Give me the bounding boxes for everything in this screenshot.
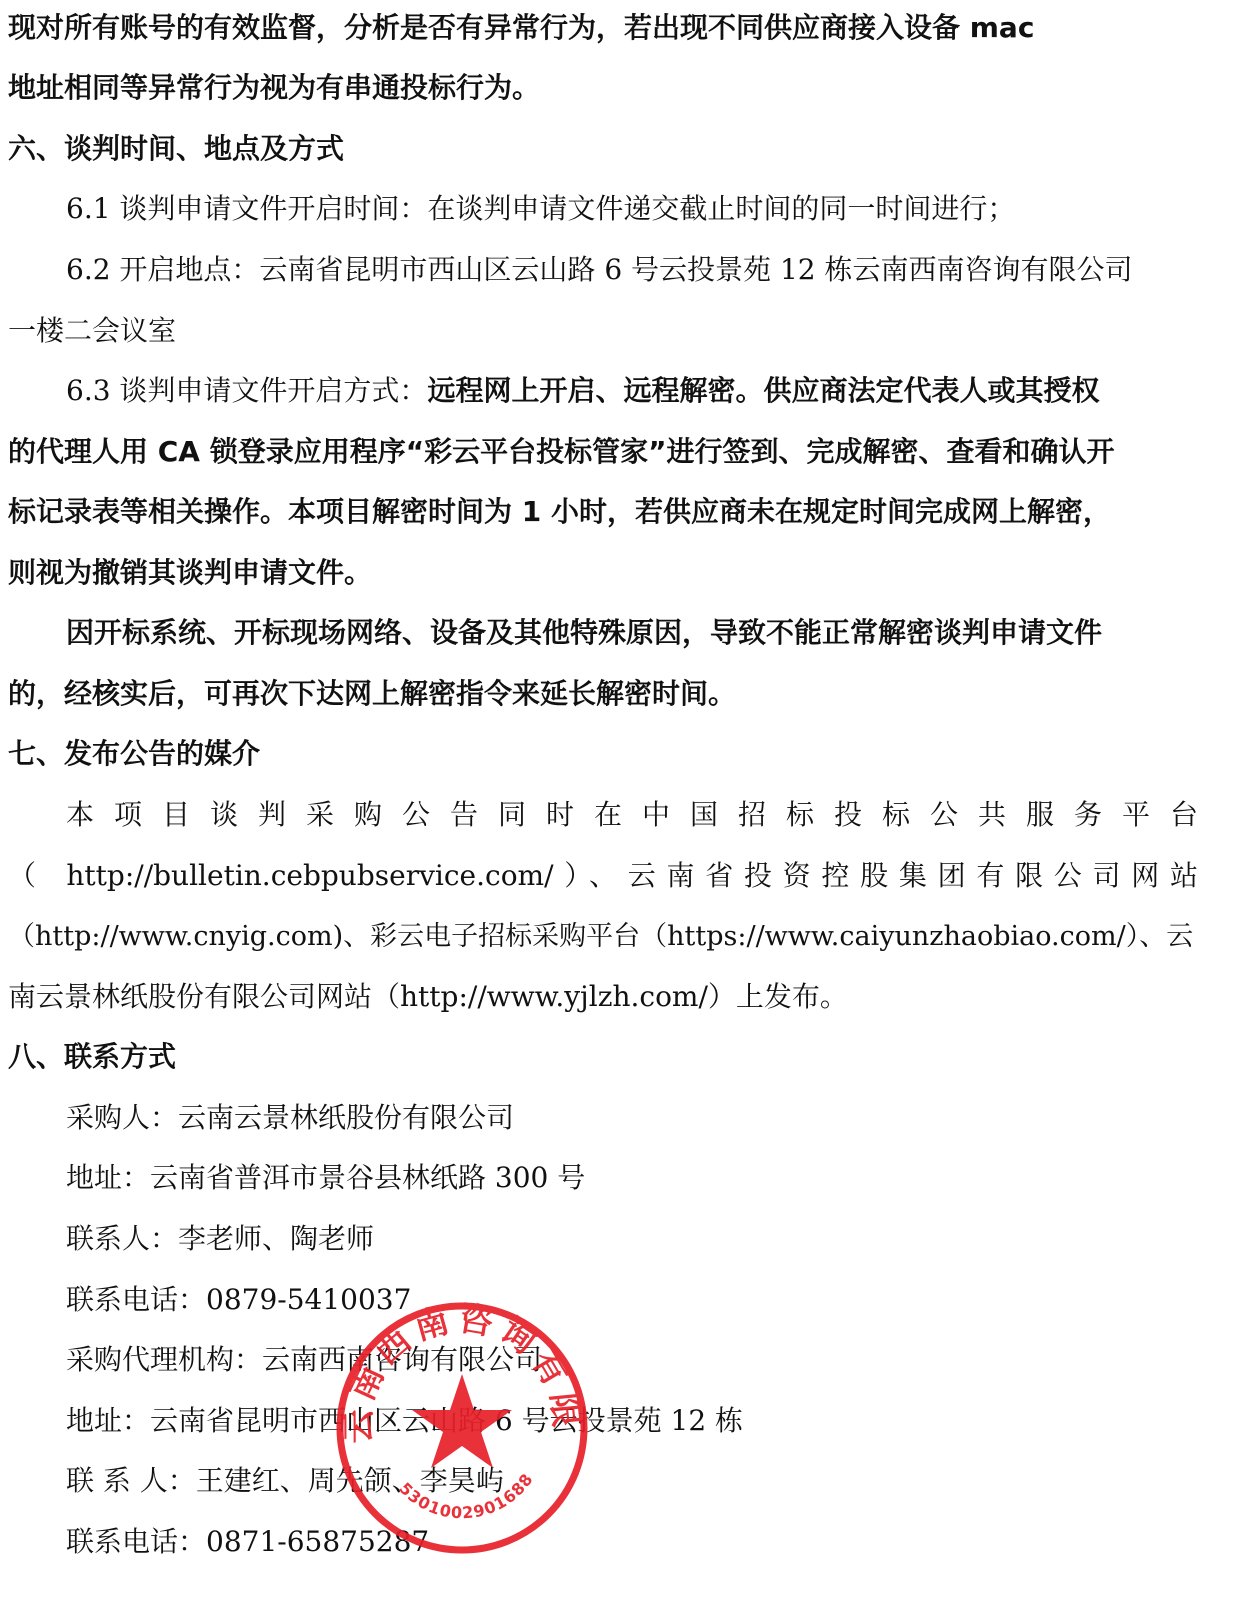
- paragraph-line: 的代理人用 CA 锁登录应用程序“彩云平台投标管家”进行签到、完成解密、查看和确…: [8, 432, 1198, 472]
- item-6-3: 6.3 谈判申请文件开启方式：远程网上开启、远程解密。供应商法定代表人或其授权: [66, 371, 1198, 411]
- paragraph-line: （ http://bulletin.cebpubservice.com/）、云南…: [8, 856, 1198, 896]
- item-6-3-text: 远程网上开启、远程解密。供应商法定代表人或其授权: [427, 374, 1099, 407]
- item-6-1: 6.1 谈判申请文件开启时间：在谈判申请文件递交截止时间的同一时间进行；: [66, 189, 1198, 229]
- purchaser-phone: 联系电话：0879-5410037: [66, 1280, 1198, 1320]
- agency-contact: 联 系 人：王建红、周先颌、李昊屿: [66, 1461, 1198, 1501]
- paragraph-line: 一楼二会议室: [8, 311, 1198, 351]
- paragraph-line: 的，经核实后，可再次下达网上解密指令来延长解密时间。: [8, 674, 1198, 714]
- section-heading-6: 六、谈判时间、地点及方式: [8, 129, 1198, 169]
- section-heading-8: 八、联系方式: [8, 1037, 1198, 1077]
- paragraph-line: 现对所有账号的有效监督，分析是否有异常行为，若出现不同供应商接入设备 mac: [8, 8, 1198, 48]
- paragraph-line: 本项目谈判采购公告同时在中国招标投标公共服务平台: [66, 795, 1198, 835]
- paragraph-line: 南云景林纸股份有限公司网站（http://www.yjlzh.com/）上发布。: [8, 977, 1198, 1017]
- agency-address: 地址：云南省昆明市西山区云山路 6 号云投景苑 12 栋: [66, 1401, 1198, 1441]
- paragraph-line: 因开标系统、开标现场网络、设备及其他特殊原因，导致不能正常解密谈判申请文件: [66, 613, 1198, 653]
- paragraph-line: 地址相同等异常行为视为有串通投标行为。: [8, 68, 1198, 108]
- purchaser-address: 地址：云南省普洱市景谷县林纸路 300 号: [66, 1158, 1198, 1198]
- paragraph-line: 标记录表等相关操作。本项目解密时间为 1 小时，若供应商未在规定时间完成网上解密…: [8, 492, 1198, 532]
- section-heading-7: 七、发布公告的媒介: [8, 734, 1198, 774]
- agency: 采购代理机构：云南西南咨询有限公司: [66, 1340, 1198, 1380]
- purchaser: 采购人：云南云景林纸股份有限公司: [66, 1098, 1198, 1138]
- paragraph-line: （http://www.cnyig.com)、彩云电子招标采购平台（https:…: [8, 917, 1198, 957]
- purchaser-contact: 联系人：李老师、陶老师: [66, 1219, 1198, 1259]
- item-6-3-label: 6.3 谈判申请文件开启方式：: [66, 374, 427, 407]
- paragraph-line: 则视为撤销其谈判申请文件。: [8, 553, 1198, 593]
- item-6-2: 6.2 开启地点：云南省昆明市西山区云山路 6 号云投景苑 12 栋云南西南咨询…: [66, 250, 1198, 290]
- agency-phone: 联系电话：0871-65875287: [66, 1522, 1198, 1562]
